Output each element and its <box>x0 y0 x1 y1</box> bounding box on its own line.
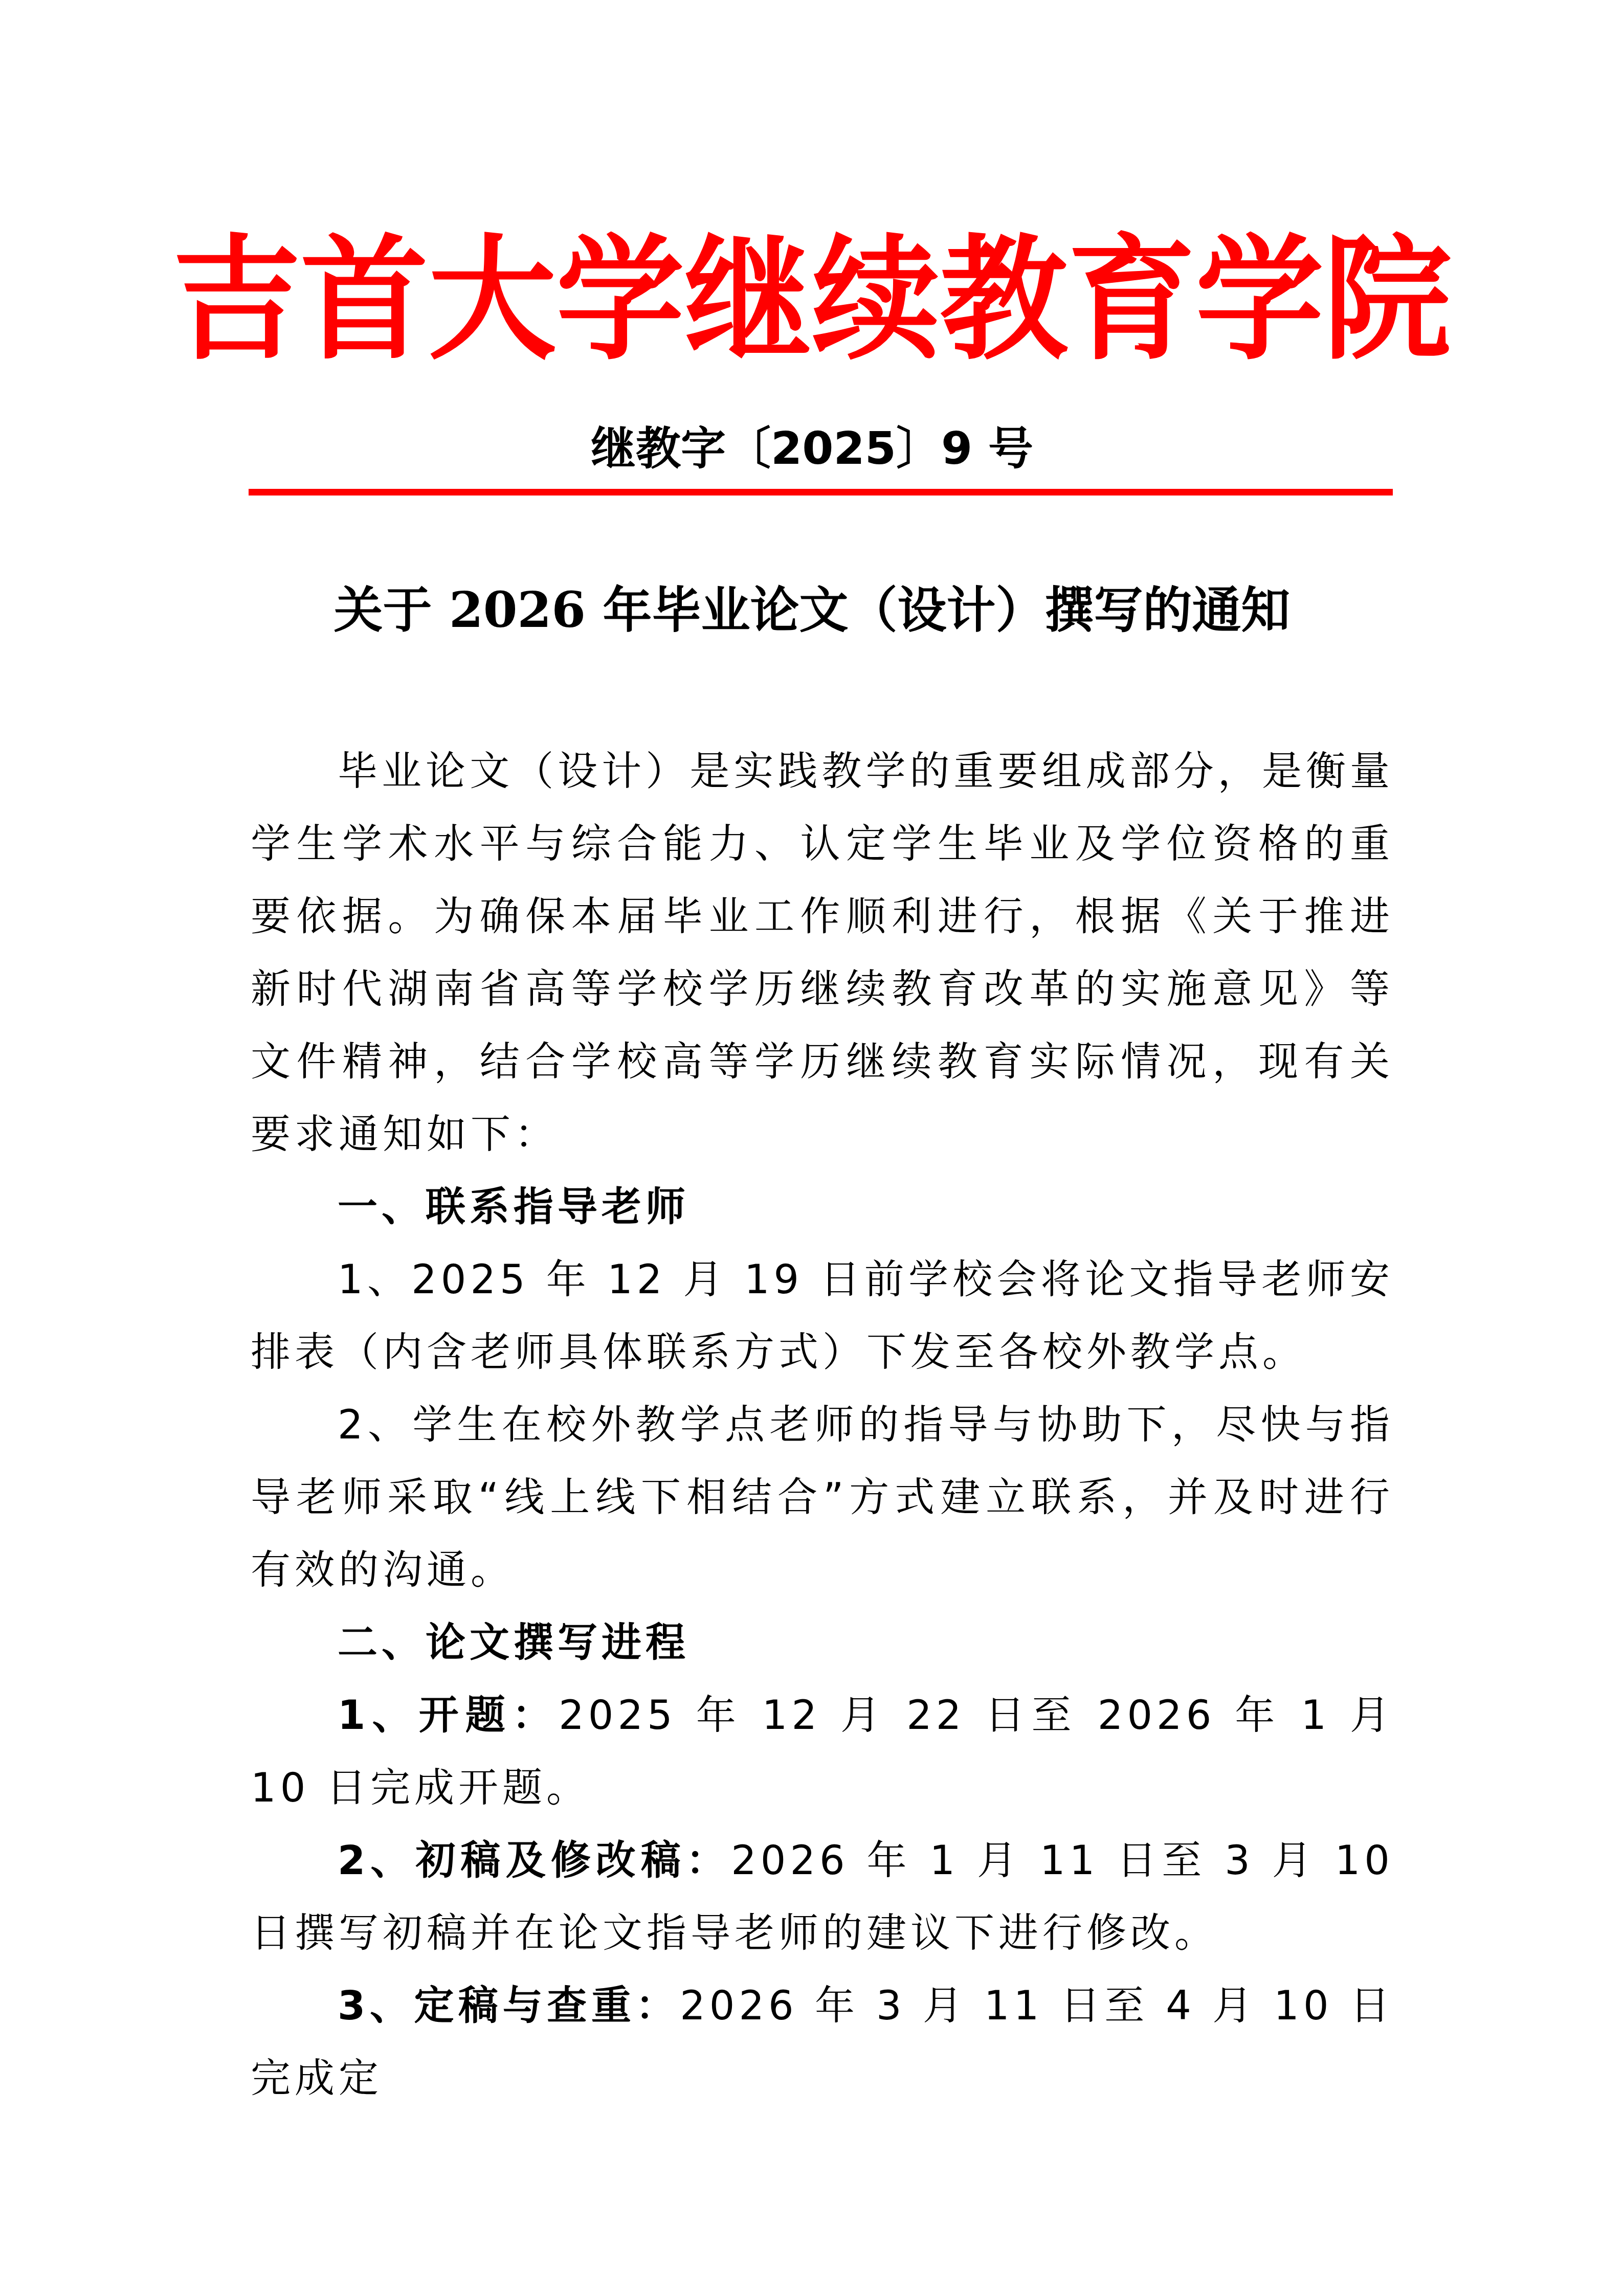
section-heading-writing-schedule: 二、论文撰写进程 <box>251 1607 1394 1679</box>
item-label-proposal: 1、开题： <box>338 1693 559 1739</box>
section-1-item-2: 2、学生在校外教学点老师的指导与协助下，尽快与指导老师采取“线上线下相结合”方式… <box>251 1389 1394 1607</box>
document-page: 吉首大学继续教育学院 继教字〔2025〕9 号 关于 2026 年毕业论文（设计… <box>0 0 1624 2296</box>
section-2-item-2: 2、初稿及修改稿：2026 年 1 月 11 日至 3 月 10 日撰写初稿并在… <box>251 1825 1394 1970</box>
item-label-draft: 2、初稿及修改稿： <box>338 1838 731 1884</box>
section-2-item-1: 1、开题：2025 年 12 月 22 日至 2026 年 1 月 10 日完成… <box>251 1679 1394 1825</box>
section-heading-contact-advisor: 一、联系指导老师 <box>251 1171 1394 1244</box>
masthead-org-name: 吉首大学继续教育学院 <box>0 225 1624 375</box>
red-divider-rule <box>249 489 1393 496</box>
notice-body: 毕业论文（设计）是实践教学的重要组成部分，是衡量学生学术水平与综合能力、认定学生… <box>251 735 1394 2115</box>
notice-title: 关于 2026 年毕业论文（设计）撰写的通知 <box>0 577 1624 643</box>
section-2-item-3: 3、定稿与查重：2026 年 3 月 11 日至 4 月 10 日完成定 <box>251 1970 1394 2115</box>
intro-paragraph: 毕业论文（设计）是实践教学的重要组成部分，是衡量学生学术水平与综合能力、认定学生… <box>251 735 1394 1171</box>
item-label-final: 3、定稿与查重： <box>338 1983 680 2029</box>
section-1-item-1: 1、2025 年 12 月 19 日前学校会将论文指导老师安排表（内含老师具体联… <box>251 1244 1394 1389</box>
document-number: 继教字〔2025〕9 号 <box>0 420 1624 477</box>
